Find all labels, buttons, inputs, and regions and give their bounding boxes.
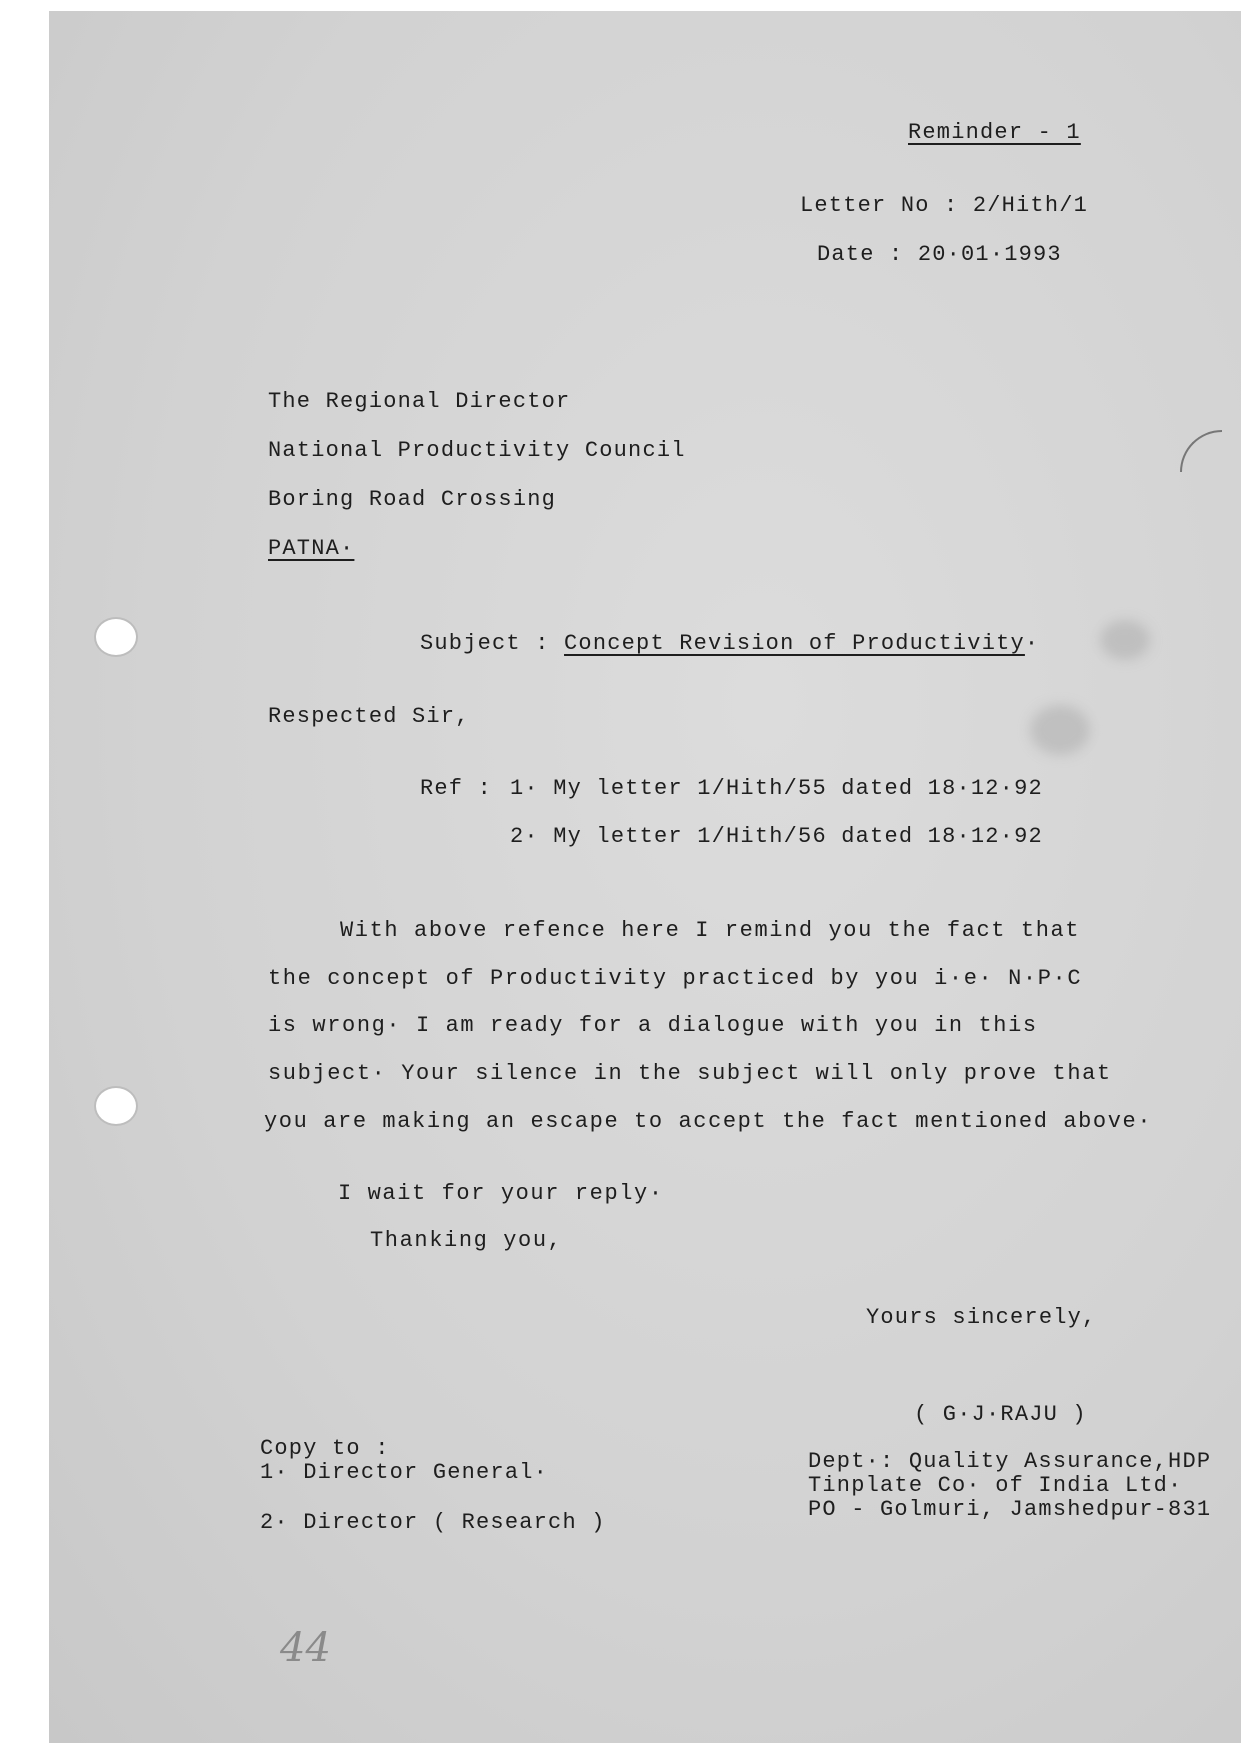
- signatory-address: PO - Golmuri, Jamshedpur-831: [808, 1498, 1211, 1522]
- address-line: Boring Road Crossing: [268, 487, 556, 513]
- ref-item: 2· My letter 1/Hith/56 dated 18·12·92: [510, 824, 1043, 850]
- address-line: The Regional Director: [268, 389, 570, 415]
- signatory-name: ( G·J·RAJU ): [914, 1402, 1087, 1428]
- body-line: the concept of Productivity practiced by…: [268, 966, 1082, 992]
- smudge: [1030, 705, 1090, 755]
- handwritten-page-number: 44: [280, 1625, 331, 1671]
- signatory-dept: Dept·: Quality Assurance,HDP: [808, 1450, 1211, 1474]
- subject-text: Concept Revision of Productivity: [564, 631, 1025, 656]
- closing-wait: I wait for your reply·: [338, 1181, 664, 1207]
- address-city: PATNA·: [268, 536, 354, 562]
- subject-line: Subject : Concept Revision of Productivi…: [420, 631, 1039, 657]
- smudge: [1100, 620, 1150, 660]
- subject-label: Subject :: [420, 631, 564, 656]
- body-line: you are making an escape to accept the f…: [264, 1109, 1152, 1135]
- subject-end: ·: [1025, 631, 1039, 656]
- copy-to-item: 2· Director ( Research ): [260, 1511, 606, 1535]
- body-line: With above refence here I remind you the…: [340, 918, 1080, 944]
- punch-hole-top: [96, 619, 136, 655]
- signatory-company: Tinplate Co· of India Ltd·: [808, 1474, 1182, 1498]
- address-line: National Productivity Council: [268, 438, 686, 464]
- copy-to-label: Copy to :: [260, 1437, 390, 1461]
- closing-yours: Yours sincerely,: [866, 1305, 1096, 1331]
- ref-item: 1· My letter 1/Hith/55 dated 18·12·92: [510, 776, 1043, 802]
- reminder-heading: Reminder - 1: [908, 120, 1081, 146]
- copy-to-item: 1· Director General·: [260, 1461, 548, 1485]
- body-line: subject· Your silence in the subject wil…: [268, 1061, 1112, 1087]
- closing-thanks: Thanking you,: [370, 1228, 562, 1254]
- ref-label: Ref :: [420, 776, 506, 802]
- letter-date: Date : 20·01·1993: [817, 242, 1062, 268]
- body-line: is wrong· I am ready for a dialogue with…: [268, 1013, 1038, 1039]
- punch-hole-bottom: [96, 1088, 136, 1124]
- letter-number: Letter No : 2/Hith/1: [800, 193, 1088, 219]
- salutation: Respected Sir,: [268, 704, 470, 730]
